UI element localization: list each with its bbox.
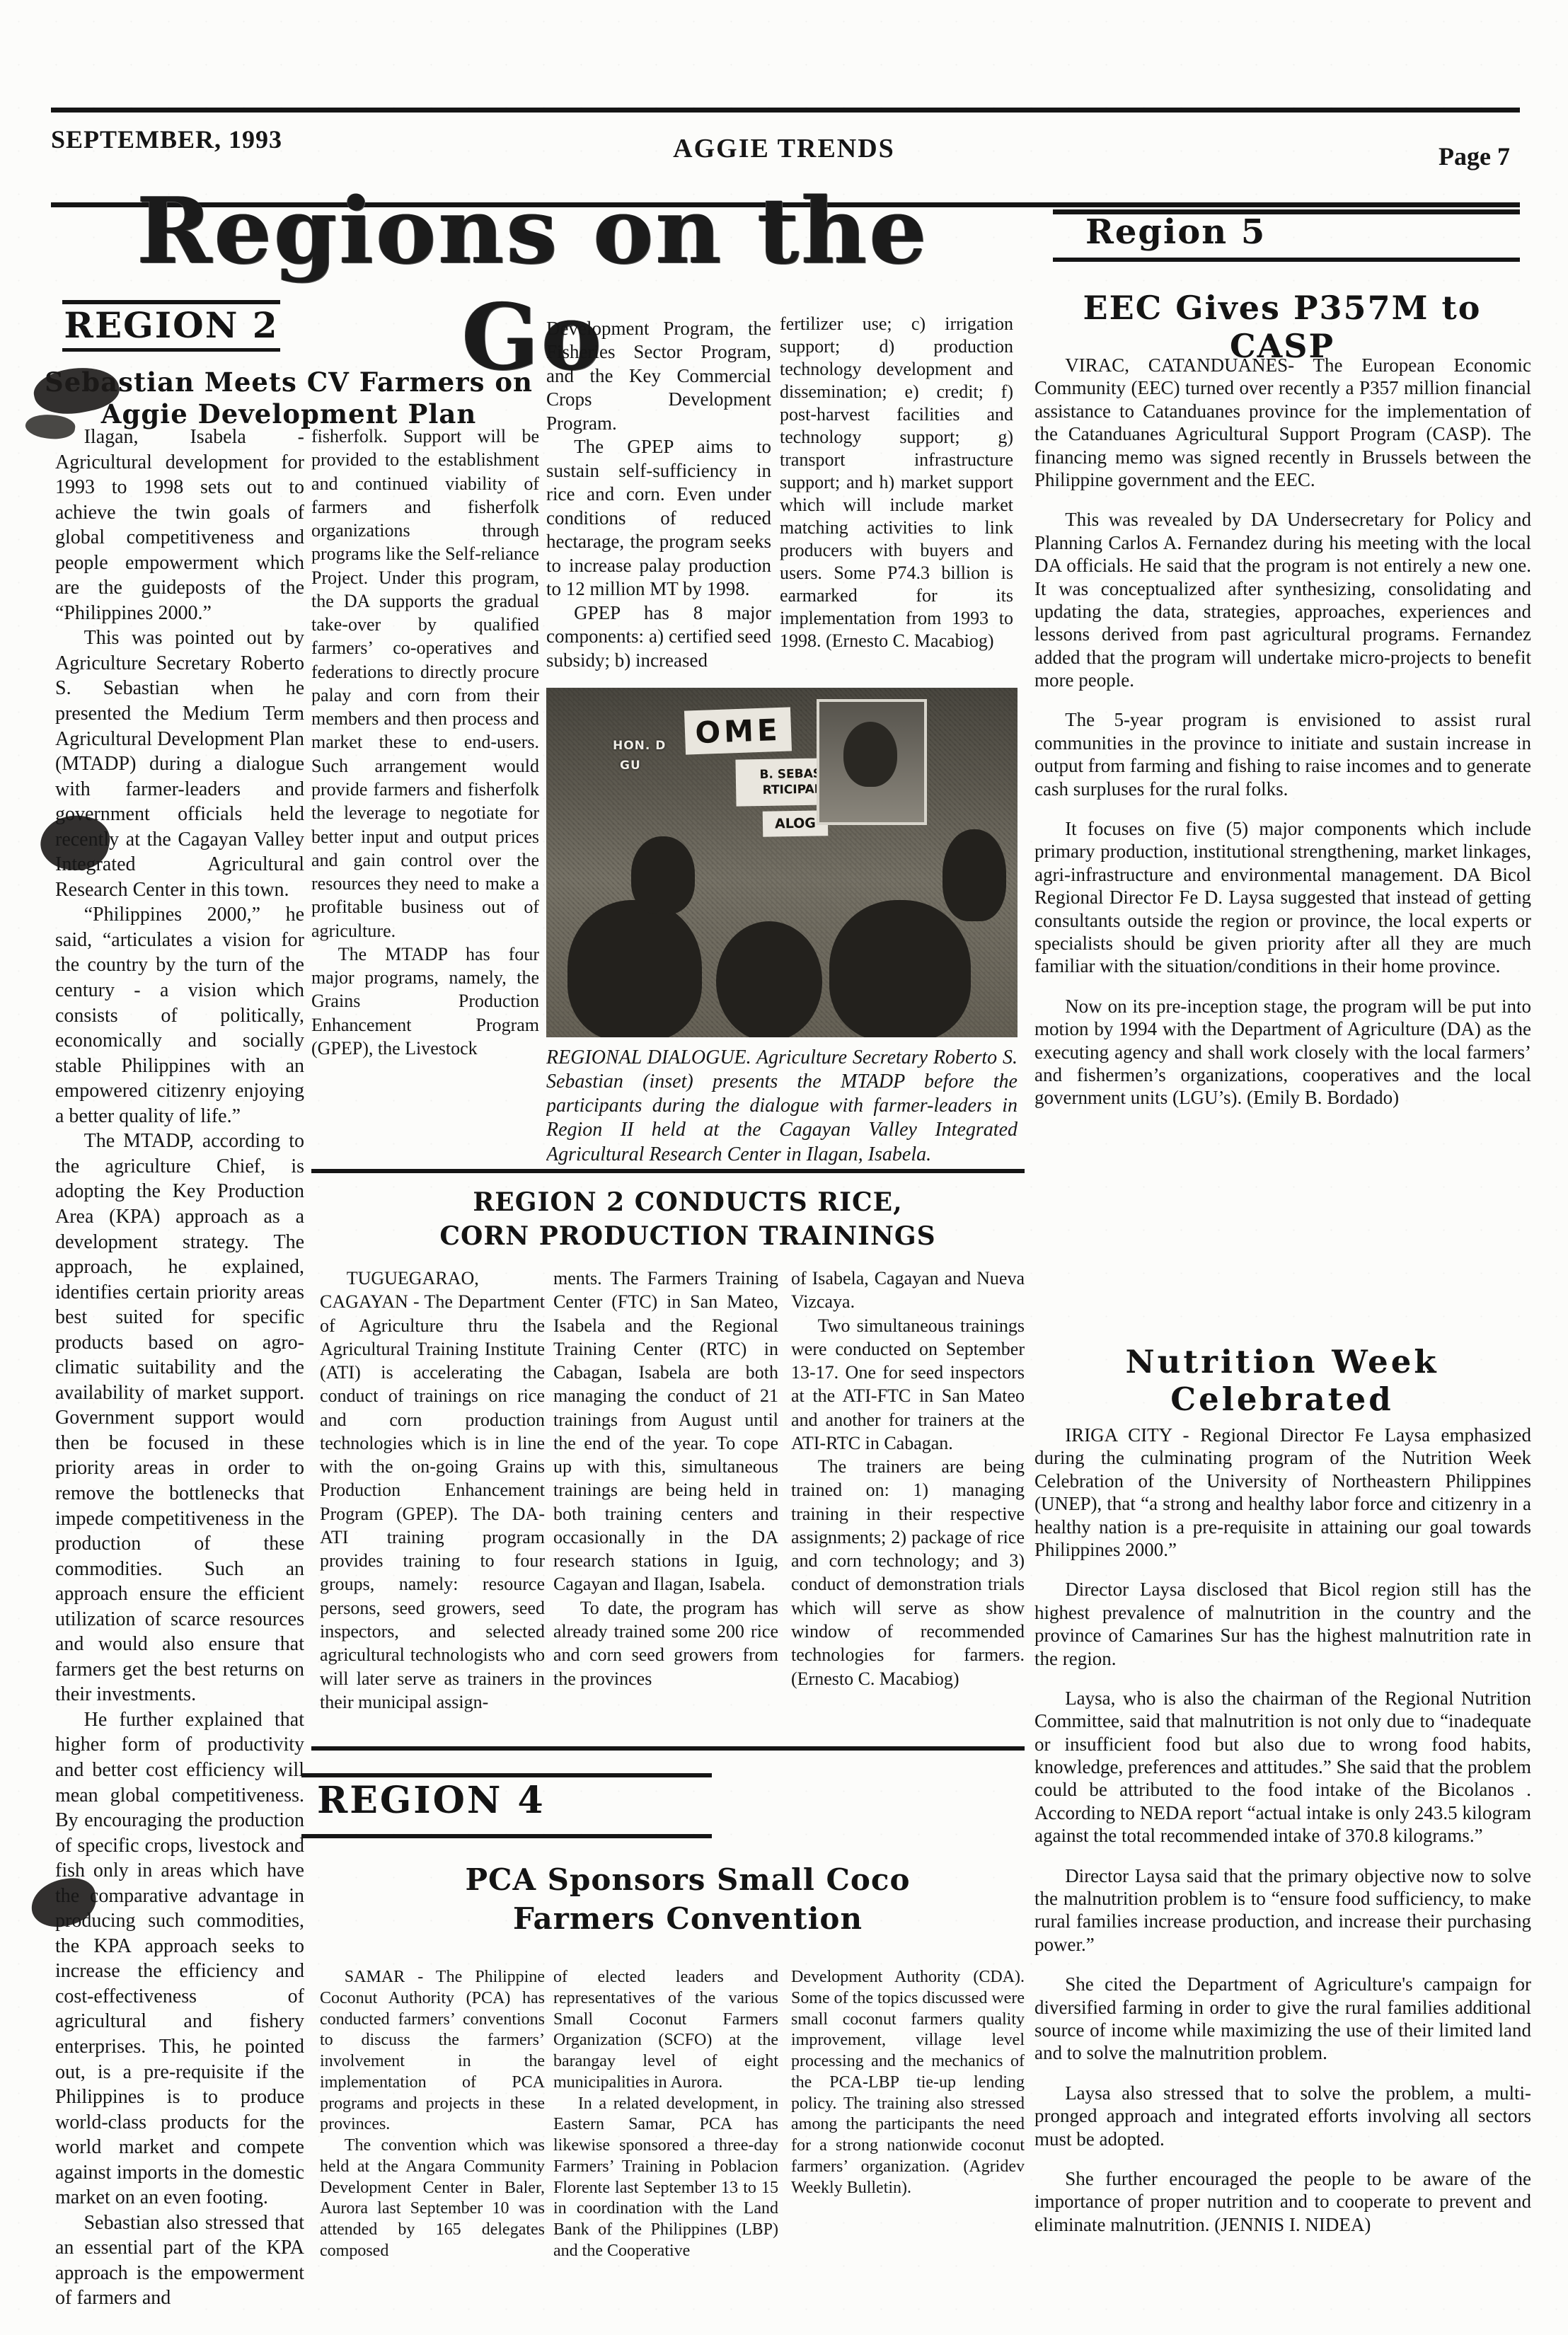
paragraph: This was revealed by DA Undersecretary f…	[1034, 508, 1531, 691]
paragraph: SAMAR - The Philippine Coconut Authority…	[320, 1967, 545, 2135]
paragraph: “Philippines 2000,” he said, “articulate…	[55, 902, 304, 1129]
headline-line: REGION 2 CONDUCTS RICE,	[368, 1186, 1008, 1220]
photo-inset-portrait	[817, 699, 927, 825]
region2-box-rule-bottom	[62, 348, 280, 352]
paragraph: The 5-year program is envisioned to assi…	[1034, 708, 1531, 800]
paragraph: It focuses on five (5) major components …	[1034, 817, 1531, 978]
rice-column-2: ments. The Farmers Training Center (FTC)…	[553, 1267, 778, 1739]
region2-column-1: Ilagan, Isabela - Agricultural developme…	[55, 425, 304, 2329]
region2-column-4: fertilizer use; c) irrigation support; d…	[780, 313, 1013, 688]
photo-label-hon: HON. D	[613, 739, 666, 753]
paragraph: Two simultaneous trainings were conducte…	[791, 1314, 1025, 1455]
paragraph: He further explained that higher form of…	[55, 1707, 304, 2210]
region4-column-1: SAMAR - The Philippine Coconut Authority…	[320, 1967, 545, 2331]
paragraph: IRIGA CITY - Regional Director Fe Laysa …	[1034, 1424, 1531, 1561]
rice-column-1: TUGUEGARAO, CAGAYAN - The Department of …	[320, 1267, 545, 1739]
photo-label-gu: GU	[620, 759, 641, 773]
region4-column-3: Development Authority (CDA). Some of the…	[791, 1967, 1025, 2331]
paragraph: She further encouraged the people to be …	[1034, 2167, 1531, 2236]
page-number: Page 7	[1439, 142, 1510, 171]
paragraph: of Isabela, Cagayan and Nueva Vizcaya.	[791, 1267, 1025, 1314]
rice-column-3: of Isabela, Cagayan and Nueva Vizcaya.Tw…	[791, 1267, 1025, 1739]
region4-box-label: REGION 4	[317, 1779, 713, 1822]
paragraph: fertilizer use; c) irrigation support; d…	[780, 313, 1013, 652]
paragraph: She cited the Department of Agriculture'…	[1034, 1973, 1531, 2065]
region4-box-rule-bottom	[301, 1834, 712, 1838]
portrait-silhouette	[843, 722, 897, 787]
paragraph: Ilagan, Isabela - Agricultural developme…	[55, 425, 304, 625]
paragraph: This was pointed out by Agriculture Secr…	[55, 625, 304, 902]
divider-rule	[311, 1746, 1025, 1751]
paragraph: VIRAC, CATANDUANES- The European Economi…	[1034, 354, 1531, 491]
photo-caption: REGIONAL DIALOGUE. Agriculture Secretary…	[546, 1046, 1018, 1165]
paragraph: Sebastian also stressed that an essentia…	[55, 2210, 304, 2311]
region4-article-headline: PCA Sponsors Small Coco Farmers Conventi…	[368, 1861, 1008, 1938]
paragraph: The GPEP aims to sustain self-sufficienc…	[546, 435, 771, 601]
paragraph: The MTADP, according to the agriculture …	[55, 1129, 304, 1707]
nutrition-article-body: IRIGA CITY - Regional Director Fe Laysa …	[1034, 1424, 1531, 2322]
paragraph: In a related development, in Eastern Sam…	[553, 2094, 778, 2262]
nutrition-article-headline: Nutrition Week Celebrated	[1033, 1343, 1531, 1418]
paragraph: Now on its pre-inception stage, the prog…	[1034, 995, 1531, 1109]
paragraph: The MTADP has four major programs, namel…	[311, 942, 539, 1060]
headline-line: CORN PRODUCTION TRAININGS	[368, 1220, 1008, 1254]
paragraph: fisherfolk. Support will be provided to …	[311, 425, 539, 942]
paragraph: Director Laysa disclosed that Bicol regi…	[1034, 1578, 1531, 1670]
paragraph: The trainers are being trained on: 1) ma…	[791, 1455, 1025, 1690]
rice-article-headline: REGION 2 CONDUCTS RICE, CORN PRODUCTION …	[368, 1186, 1008, 1253]
photo-figure	[567, 900, 702, 1037]
region5-box-rule-bottom	[1053, 258, 1520, 262]
region2-column-3: Development Program, the Fisheries Secto…	[546, 317, 771, 688]
paragraph: Laysa also stressed that to solve the pr…	[1034, 2082, 1531, 2150]
paragraph: GPEP has 8 major components: a) certifie…	[546, 601, 771, 672]
paragraph: The convention which was held at the Ang…	[320, 2135, 545, 2262]
masthead-title: AGGIE TRENDS	[0, 133, 1568, 164]
paragraph: Director Laysa said that the primary obj…	[1034, 1864, 1531, 1956]
headline-line: PCA Sponsors Small Coco	[368, 1861, 1008, 1900]
paragraph: of elected leaders and representatives o…	[553, 1967, 778, 2094]
eec-article-body: VIRAC, CATANDUANES- The European Economi…	[1034, 354, 1531, 1337]
region4-column-2: of elected leaders and representatives o…	[553, 1967, 778, 2331]
photo-banner-text: OME	[684, 707, 792, 754]
paragraph: To date, the program has already trained…	[553, 1596, 778, 1690]
paragraph: Development Program, the Fisheries Secto…	[546, 317, 771, 435]
photo-figure	[631, 836, 695, 914]
regional-dialogue-photo: OME B. SEBASTIA RTICIPANTS ALOG HON. D G…	[546, 688, 1018, 1037]
paragraph: Laysa, who is also the chairman of the R…	[1034, 1687, 1531, 1847]
region2-column-2: fisherfolk. Support will be provided to …	[311, 425, 539, 1166]
region4-box-rule-top	[301, 1773, 712, 1777]
headline-line: Farmers Convention	[368, 1900, 1008, 1939]
paragraph: Development Authority (CDA). Some of the…	[791, 1967, 1025, 2198]
photo-figure	[829, 900, 971, 1037]
region5-box-label: Region 5	[1053, 212, 1520, 252]
paragraph: TUGUEGARAO, CAGAYAN - The Department of …	[320, 1267, 545, 1714]
photo-figure	[716, 921, 822, 1037]
masthead-rule-top	[51, 108, 1520, 113]
divider-rule	[311, 1169, 1025, 1173]
newspaper-page: SEPTEMBER, 1993 AGGIE TRENDS Page 7 Regi…	[0, 0, 1568, 2335]
paragraph: ments. The Farmers Training Center (FTC)…	[553, 1267, 778, 1596]
photo-figure	[942, 829, 1006, 921]
region2-box-label: REGION 2	[62, 304, 280, 346]
